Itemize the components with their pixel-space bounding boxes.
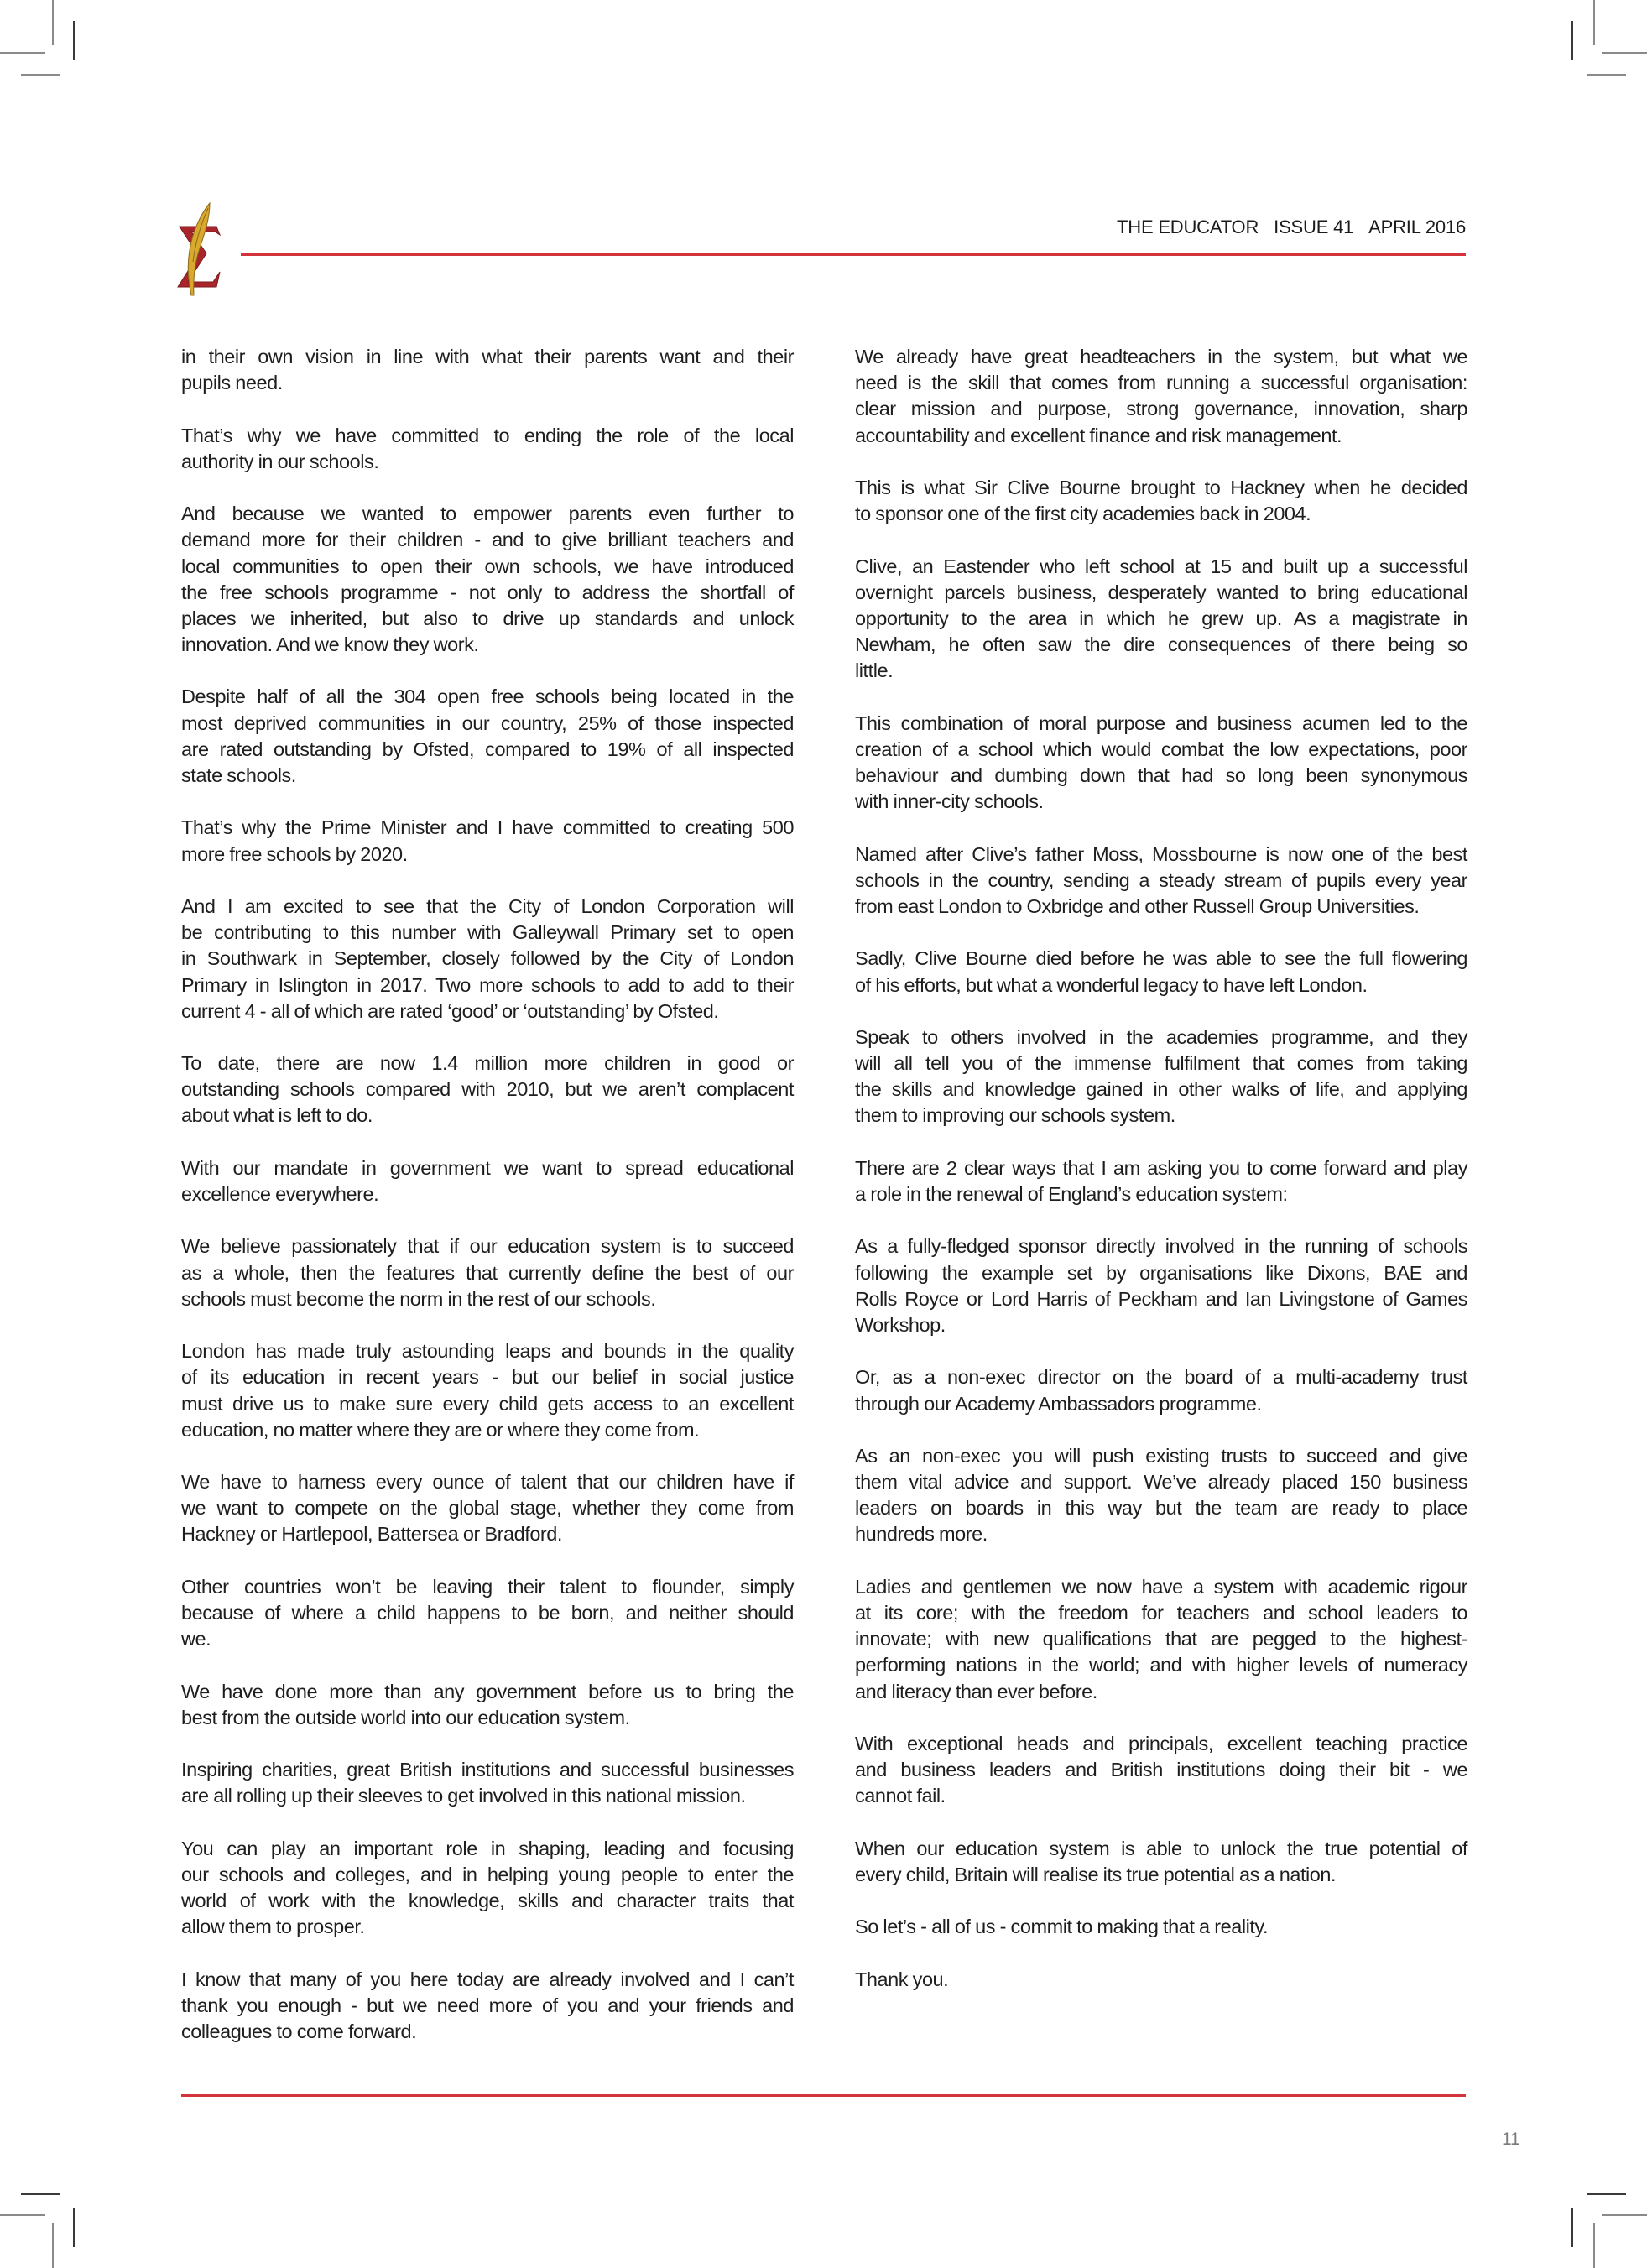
paragraph: You can play an important role in shapin… — [181, 1836, 794, 1941]
text-line: accountability and excellent finance and… — [855, 423, 1467, 449]
crop-mark — [73, 2208, 75, 2247]
text-line: That’s why the Prime Minister and I have… — [181, 815, 794, 841]
text-line: Other countries won’t be leaving their t… — [181, 1574, 794, 1600]
paragraph: There are 2 clear ways that I am asking … — [855, 1155, 1467, 1207]
text-line: Newham, he often saw the dire consequenc… — [855, 632, 1467, 658]
text-line: are all rolling up their sleeves to get … — [181, 1783, 794, 1809]
text-line: the free schools programme - not only to… — [181, 580, 794, 606]
text-line: schools must become the norm in the rest… — [181, 1286, 794, 1312]
text-line: Sadly, Clive Bourne died before he was a… — [855, 946, 1467, 972]
text-line: be contributing to this number with Gall… — [181, 920, 794, 946]
paragraph: We believe passionately that if our educ… — [181, 1233, 794, 1312]
text-line: more free schools by 2020. — [181, 842, 794, 868]
text-line: outstanding schools compared with 2010, … — [181, 1077, 794, 1103]
quill-sigma-logo-icon — [173, 201, 227, 297]
text-line: following the example set by organisatio… — [855, 1260, 1467, 1286]
paragraph: Speak to others involved in the academie… — [855, 1025, 1467, 1129]
publication-title: THE EDUCATOR — [1117, 216, 1259, 237]
text-line: with inner-city schools. — [855, 789, 1467, 815]
text-line: Primary in Islington in 2017. Two more s… — [181, 972, 794, 998]
crop-mark — [52, 0, 54, 45]
text-line: There are 2 clear ways that I am asking … — [855, 1155, 1467, 1181]
crop-mark — [0, 2214, 45, 2216]
crop-mark — [1571, 2208, 1573, 2247]
header-rule — [241, 253, 1466, 256]
magazine-page: THE EDUCATORISSUE 41APRIL 2016 in their … — [0, 0, 1647, 2268]
paragraph: As a fully-fledged sponsor directly invo… — [855, 1233, 1467, 1338]
text-line: Rolls Royce or Lord Harris of Peckham an… — [855, 1286, 1467, 1312]
article-column-right: We already have great headteachers in th… — [855, 344, 1467, 2019]
text-line: allow them to prosper. — [181, 1914, 794, 1940]
issue-date: APRIL 2016 — [1368, 216, 1466, 237]
paragraph: Clive, an Eastender who left school at 1… — [855, 554, 1467, 685]
crop-mark — [21, 74, 60, 76]
text-line: Clive, an Eastender who left school at 1… — [855, 554, 1467, 580]
text-line: places we inherited, but also to drive u… — [181, 606, 794, 632]
text-line: authority in our schools. — [181, 449, 794, 475]
text-line: hundreds more. — [855, 1521, 1467, 1547]
paragraph: To date, there are now 1.4 million more … — [181, 1051, 794, 1129]
text-line: We have done more than any government be… — [181, 1679, 794, 1705]
paragraph: So let’s - all of us - commit to making … — [855, 1914, 1467, 1940]
paragraph: That’s why the Prime Minister and I have… — [181, 815, 794, 867]
text-line: Named after Clive’s father Moss, Mossbou… — [855, 842, 1467, 868]
crop-mark — [1602, 2214, 1647, 2216]
text-line: excellence everywhere. — [181, 1181, 794, 1207]
text-line: overnight parcels business, desperately … — [855, 580, 1467, 606]
text-line: we want to compete on the global stage, … — [181, 1495, 794, 1521]
text-line: little. — [855, 658, 1467, 684]
paragraph: London has made truly astounding leaps a… — [181, 1338, 794, 1443]
paragraph: Ladies and gentlemen we now have a syste… — [855, 1574, 1467, 1705]
text-line: every child, Britain will realise its tr… — [855, 1862, 1467, 1888]
text-line: This is what Sir Clive Bourne brought to… — [855, 475, 1467, 501]
crop-mark — [0, 52, 45, 54]
paragraph: When our education system is able to unl… — [855, 1836, 1467, 1888]
text-line: Hackney or Hartlepool, Battersea or Brad… — [181, 1521, 794, 1547]
paragraph: And I am excited to see that the City of… — [181, 894, 794, 1025]
text-line: and literacy than ever before. — [855, 1679, 1467, 1705]
paragraph: Other countries won’t be leaving their t… — [181, 1574, 794, 1653]
text-line: in Southwark in September, closely follo… — [181, 946, 794, 972]
text-line: through our Academy Ambassadors programm… — [855, 1391, 1467, 1417]
text-line: With our mandate in government we want t… — [181, 1155, 794, 1181]
crop-mark — [73, 21, 75, 60]
paragraph: This is what Sir Clive Bourne brought to… — [855, 475, 1467, 527]
text-line: We believe passionately that if our educ… — [181, 1233, 794, 1259]
text-line: behaviour and dumbing down that had so l… — [855, 763, 1467, 789]
text-line: in their own vision in line with what th… — [181, 344, 794, 370]
text-line: our schools and colleges, and in helping… — [181, 1862, 794, 1888]
text-line: of its education in recent years - but o… — [181, 1364, 794, 1390]
running-header: THE EDUCATORISSUE 41APRIL 2016 — [1117, 216, 1466, 238]
text-line: thank you enough - but we need more of y… — [181, 1993, 794, 2019]
text-line: the skills and knowledge gained in other… — [855, 1077, 1467, 1103]
article-column-left: in their own vision in line with what th… — [181, 344, 794, 2071]
paragraph: Thank you. — [855, 1967, 1467, 1993]
text-line: Speak to others involved in the academie… — [855, 1025, 1467, 1051]
text-line: education, no matter where they are or w… — [181, 1417, 794, 1443]
paragraph: We already have great headteachers in th… — [855, 344, 1467, 449]
page-number: 11 — [1502, 2130, 1520, 2150]
text-line: current 4 - all of which are rated ‘good… — [181, 998, 794, 1025]
paragraph: We have to harness every ounce of talent… — [181, 1469, 794, 1548]
crop-mark — [21, 2193, 60, 2195]
crop-mark — [1587, 74, 1626, 76]
text-line: opportunity to the area in which he grew… — [855, 606, 1467, 632]
paragraph: Or, as a non-exec director on the board … — [855, 1364, 1467, 1416]
text-line: You can play an important role in shapin… — [181, 1836, 794, 1862]
issue-number: ISSUE 41 — [1274, 216, 1353, 237]
paragraph: in their own vision in line with what th… — [181, 344, 794, 396]
text-line: local communities to open their own scho… — [181, 554, 794, 580]
text-line: With exceptional heads and principals, e… — [855, 1731, 1467, 1757]
paragraph: That’s why we have committed to ending t… — [181, 423, 794, 475]
text-line: and business leaders and British institu… — [855, 1757, 1467, 1783]
text-line: will all tell you of the immense fulfilm… — [855, 1051, 1467, 1077]
crop-mark — [52, 2223, 54, 2268]
text-line: them to improving our schools system. — [855, 1103, 1467, 1129]
text-line: as a whole, then the features that curre… — [181, 1260, 794, 1286]
text-line: I know that many of you here today are a… — [181, 1967, 794, 1993]
text-line: That’s why we have committed to ending t… — [181, 423, 794, 449]
text-line: best from the outside world into our edu… — [181, 1705, 794, 1731]
crop-mark — [1587, 2193, 1626, 2195]
text-line: colleagues to come forward. — [181, 2019, 794, 2045]
text-line: need is the skill that comes from runnin… — [855, 370, 1467, 396]
text-line: because of where a child happens to be b… — [181, 1600, 794, 1626]
paragraph: With exceptional heads and principals, e… — [855, 1731, 1467, 1810]
text-line: Despite half of all the 304 open free sc… — [181, 684, 794, 710]
text-line: about what is left to do. — [181, 1103, 794, 1129]
text-line: To date, there are now 1.4 million more … — [181, 1051, 794, 1077]
text-line: And I am excited to see that the City of… — [181, 894, 794, 920]
paragraph: We have done more than any government be… — [181, 1679, 794, 1731]
text-line: When our education system is able to unl… — [855, 1836, 1467, 1862]
text-line: Ladies and gentlemen we now have a syste… — [855, 1574, 1467, 1600]
text-line: London has made truly astounding leaps a… — [181, 1338, 794, 1364]
text-line: And because we wanted to empower parents… — [181, 501, 794, 527]
text-line: them vital advice and support. We’ve alr… — [855, 1469, 1467, 1495]
text-line: performing nations in the world; and wit… — [855, 1652, 1467, 1678]
text-line: must drive us to make sure every child g… — [181, 1391, 794, 1417]
text-line: clear mission and purpose, strong govern… — [855, 396, 1467, 422]
text-line: As an non-exec you will push existing tr… — [855, 1443, 1467, 1469]
paragraph: Named after Clive’s father Moss, Mossbou… — [855, 842, 1467, 920]
text-line: state schools. — [181, 763, 794, 789]
text-line: Inspiring charities, great British insti… — [181, 1757, 794, 1783]
paragraph: Despite half of all the 304 open free sc… — [181, 684, 794, 789]
paragraph: As an non-exec you will push existing tr… — [855, 1443, 1467, 1548]
paragraph: I know that many of you here today are a… — [181, 1967, 794, 2046]
paragraph: This combination of moral purpose and bu… — [855, 711, 1467, 816]
text-line: at its core; with the freedom for teache… — [855, 1600, 1467, 1626]
crop-mark — [1602, 52, 1647, 54]
paragraph: Sadly, Clive Bourne died before he was a… — [855, 946, 1467, 998]
crop-mark — [1571, 21, 1573, 60]
text-line: We have to harness every ounce of talent… — [181, 1469, 794, 1495]
text-line: creation of a school which would combat … — [855, 737, 1467, 763]
text-line: So let’s - all of us - commit to making … — [855, 1914, 1467, 1940]
text-line: a role in the renewal of England’s educa… — [855, 1181, 1467, 1207]
text-line: Workshop. — [855, 1312, 1467, 1338]
text-line: of his efforts, but what a wonderful leg… — [855, 972, 1467, 998]
text-line: are rated outstanding by Ofsted, compare… — [181, 737, 794, 763]
paragraph: With our mandate in government we want t… — [181, 1155, 794, 1207]
crop-mark — [1593, 0, 1595, 45]
footer-rule — [181, 2094, 1466, 2097]
paragraph: And because we wanted to empower parents… — [181, 501, 794, 658]
text-line: leaders on boards in this way but the te… — [855, 1495, 1467, 1521]
text-line: we. — [181, 1626, 794, 1652]
text-line: This combination of moral purpose and bu… — [855, 711, 1467, 737]
text-line: from east London to Oxbridge and other R… — [855, 894, 1467, 920]
text-line: schools in the country, sending a steady… — [855, 868, 1467, 894]
text-line: innovation. And we know they work. — [181, 632, 794, 658]
text-line: Thank you. — [855, 1967, 1467, 1993]
text-line: demand more for their children - and to … — [181, 527, 794, 553]
text-line: world of work with the knowledge, skills… — [181, 1888, 794, 1914]
text-line: As a fully-fledged sponsor directly invo… — [855, 1233, 1467, 1259]
text-line: pupils need. — [181, 370, 794, 396]
paragraph: Inspiring charities, great British insti… — [181, 1757, 794, 1809]
text-line: most deprived communities in our country… — [181, 711, 794, 737]
text-line: cannot fail. — [855, 1783, 1467, 1809]
crop-mark — [1593, 2223, 1595, 2268]
text-line: to sponsor one of the first city academi… — [855, 501, 1467, 527]
text-line: Or, as a non-exec director on the board … — [855, 1364, 1467, 1390]
text-line: We already have great headteachers in th… — [855, 344, 1467, 370]
text-line: innovate; with new qualifications that a… — [855, 1626, 1467, 1652]
